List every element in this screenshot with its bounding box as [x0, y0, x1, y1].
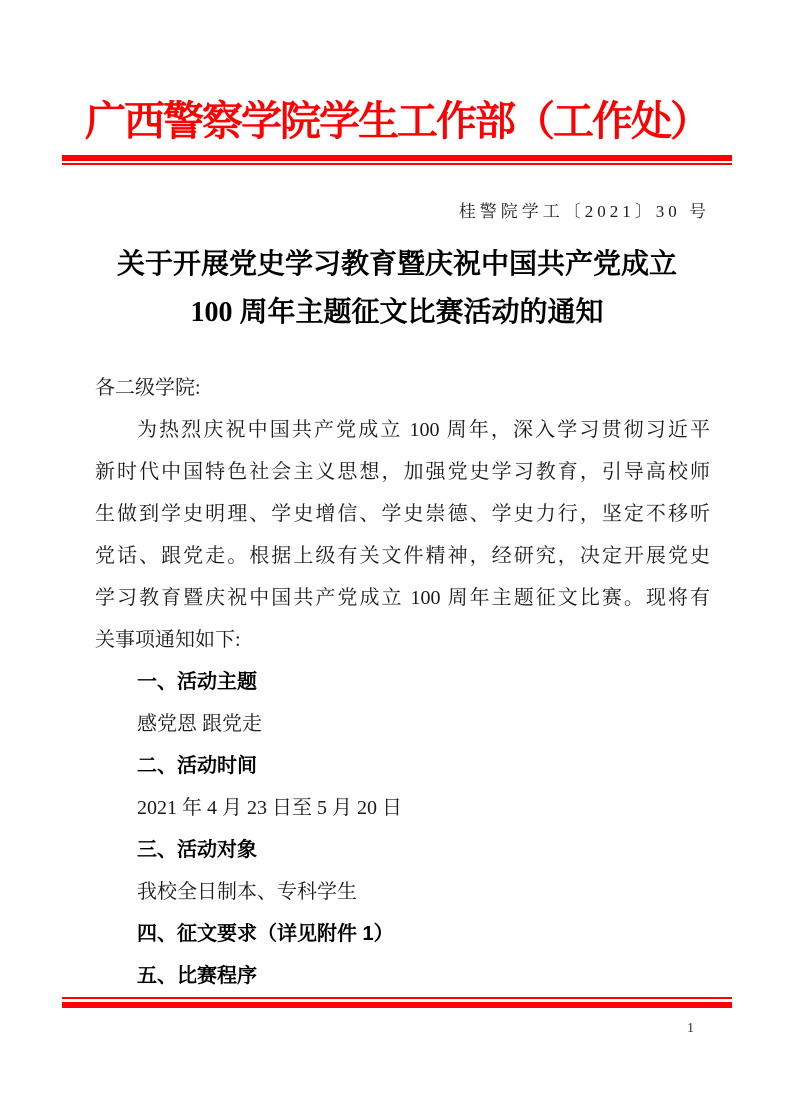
doc-number: 桂警院学工〔2021〕30 号 [459, 197, 710, 222]
section-heading-2: 二、活动时间 [95, 745, 710, 787]
letterhead-title: 广西警察学院学生工作部（工作处） [0, 88, 794, 147]
section-content-1: 感党恩 跟党走 [95, 703, 710, 745]
section-heading-5: 五、比赛程序 [95, 955, 710, 997]
section-heading-3: 三、活动对象 [95, 829, 710, 871]
red-separator-bottom-thick [62, 1002, 732, 1008]
paragraph-line: 为热烈庆祝中国共产党成立 100 周年，深入学习贯彻习近平 [95, 409, 710, 451]
page-number: 1 [687, 1021, 694, 1037]
document-body: 各二级学院:为热烈庆祝中国共产党成立 100 周年，深入学习贯彻习近平新时代中国… [95, 367, 710, 997]
notice-title: 关于开展党史学习教育暨庆祝中国共产党成立 100 周年主题征文比赛活动的通知 [40, 241, 754, 337]
red-separator-top-thin [62, 163, 732, 165]
section-content-2: 2021 年 4 月 23 日至 5 月 20 日 [95, 787, 710, 829]
notice-title-line-2: 100 周年主题征文比赛活动的通知 [40, 289, 754, 337]
section-heading-4: 四、征文要求（详见附件 1） [95, 913, 710, 955]
red-separator-bottom-thin [62, 997, 732, 999]
section-content-3: 我校全日制本、专科学生 [95, 871, 710, 913]
notice-title-line-1: 关于开展党史学习教育暨庆祝中国共产党成立 [40, 241, 754, 289]
paragraph-line: 生做到学史明理、学史增信、学史崇德、学史力行，坚定不移听 [95, 493, 710, 535]
salutation: 各二级学院: [95, 367, 710, 409]
red-separator-top-thick [62, 155, 732, 161]
paragraph-line: 党话、跟党走。根据上级有关文件精神，经研究，决定开展党史 [95, 535, 710, 577]
section-heading-1: 一、活动主题 [95, 661, 710, 703]
paragraph-line: 新时代中国特色社会主义思想，加强党史学习教育，引导高校师 [95, 451, 710, 493]
paragraph-line: 学习教育暨庆祝中国共产党成立 100 周年主题征文比赛。现将有 [95, 577, 710, 619]
paragraph-line: 关事项通知如下: [95, 619, 710, 661]
document-page: 广西警察学院学生工作部（工作处） 桂警院学工〔2021〕30 号 关于开展党史学… [0, 0, 794, 1108]
